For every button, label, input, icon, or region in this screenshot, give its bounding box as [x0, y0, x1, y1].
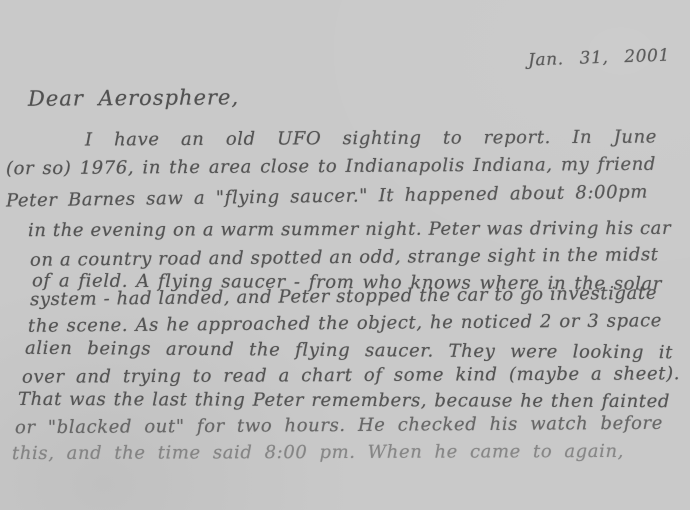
letter-body-line: system - had landed, and Peter stopped t…	[30, 282, 656, 313]
letter-salutation: Dear Aerosphere,	[28, 85, 239, 110]
letter-body-line: or "blacked out" for two hours. He check…	[15, 412, 663, 441]
letter-body-line: That was the last thing Peter remembers,…	[18, 388, 670, 414]
letter-body-line: Peter Barnes saw a "flying saucer." It h…	[6, 181, 648, 214]
letter-body-line: I have an old UFO sighting to report. In…	[85, 126, 657, 153]
letter-body-line: alien beings around the flying saucer. T…	[25, 337, 673, 366]
letter-body-line: on a country road and spotted an odd, st…	[30, 243, 658, 272]
letter-body-line: this, and the time said 8:00 pm. When he…	[12, 440, 624, 466]
letter-date: Jan. 31, 2001	[528, 46, 671, 71]
letter-body-line: the scene. As he approached the object, …	[28, 309, 662, 339]
letter-body-line: over and trying to read a chart of some …	[22, 362, 680, 389]
letter-body-line: (or so) 1976, in the area close to India…	[6, 153, 656, 182]
letter-body-line: in the evening on a warm summer night. P…	[28, 217, 660, 243]
scanned-handwritten-letter: Jan. 31, 2001 Dear Aerosphere, I have an…	[0, 0, 690, 510]
